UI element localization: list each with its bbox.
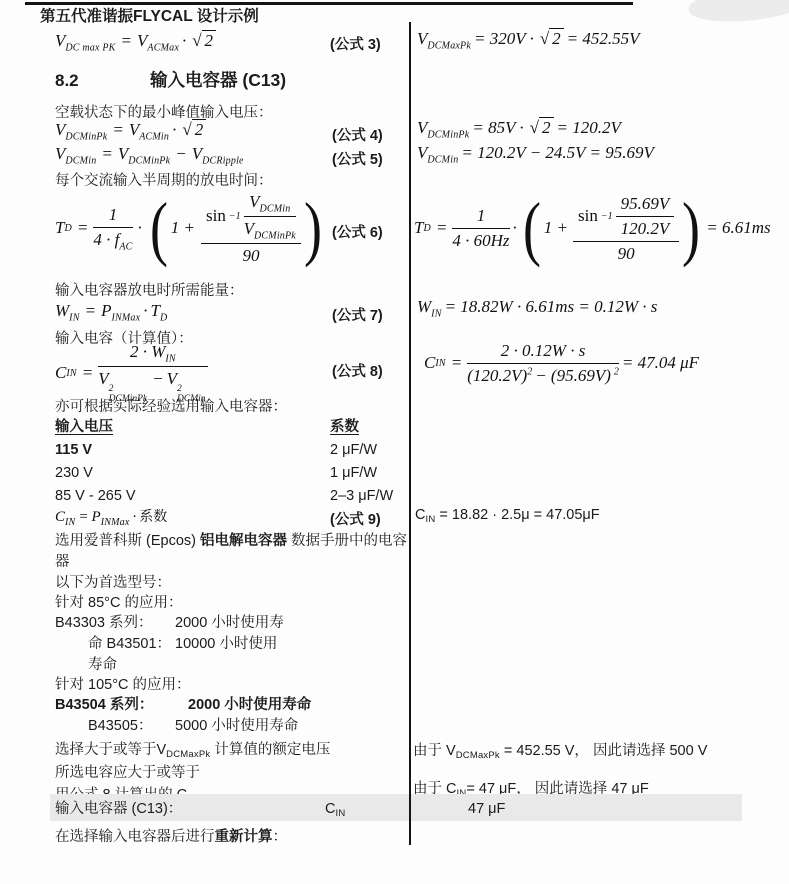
fraction-numerator: 2 · WIN bbox=[98, 341, 207, 367]
fraction: 14 · 60Hz bbox=[452, 205, 509, 251]
series-b43504-label: B43504 系列： bbox=[55, 696, 153, 716]
math-var: W bbox=[55, 301, 69, 320]
text: ： bbox=[273, 829, 288, 845]
formula-9-result: CIN = 18.82 · 2.5μ = 47.05μF bbox=[415, 506, 600, 527]
sqrt-sign: √ bbox=[192, 31, 201, 50]
series-b43501-cont: 寿命 bbox=[88, 656, 117, 676]
math-var: V bbox=[192, 144, 202, 163]
left-paren: ( bbox=[523, 196, 541, 261]
formula-4-tag: (公式 4) bbox=[332, 124, 383, 145]
column-divider bbox=[409, 22, 411, 845]
formula-6-left: TD = 14 · fAC · ( 1 + sin−1VDCMinVDCMinP… bbox=[55, 186, 325, 270]
math-sub: DCMaxPk bbox=[166, 749, 210, 760]
fraction-numerator: 1 bbox=[452, 205, 509, 229]
math-sub: DCMaxPk bbox=[456, 750, 500, 761]
math-var: C bbox=[424, 353, 435, 373]
formula-9-tag: (公式 9) bbox=[330, 508, 381, 529]
math-sub: ACMin bbox=[139, 131, 169, 142]
math-expr: = 320V · bbox=[474, 29, 534, 48]
note-voltage-selection: 由于 VDCMaxPk = 452.55 V， 因此请选择 500 V bbox=[413, 742, 707, 763]
sqrt-sign: √ bbox=[540, 29, 549, 48]
math-exponent: −1 bbox=[229, 211, 241, 222]
sqrt-radical: √2 bbox=[182, 120, 206, 139]
math-var: V bbox=[55, 31, 65, 50]
series-b43505-value: 5000 小时使用寿命 bbox=[175, 717, 298, 737]
fraction-numerator: sin−1VDCMinVDCMinPk bbox=[201, 190, 301, 245]
fraction-denominator: (120.2V)2− (95.69V)2 bbox=[467, 364, 619, 386]
sqrt-radical: √2 bbox=[540, 29, 564, 48]
formula-4-left: VDCMinPk=VACMin·√2 bbox=[55, 120, 206, 142]
para-select-voltage: 选择大于或等于VDCMaxPk 计算值的额定电压 bbox=[55, 741, 330, 762]
math-expr: = 85V · bbox=[472, 118, 523, 137]
sin-function: sin bbox=[206, 206, 226, 226]
math-op: = bbox=[112, 120, 123, 139]
right-paren: ) bbox=[682, 196, 700, 261]
table-row-coefficient: 1 μF/W bbox=[330, 464, 377, 484]
math-expr: 1 + bbox=[171, 218, 195, 238]
math-sub: IN bbox=[425, 514, 435, 525]
math-exponent: 2 bbox=[614, 366, 619, 377]
math-var: V bbox=[137, 31, 147, 50]
math-sub: D bbox=[64, 223, 71, 234]
fraction-denominator: 120.2V bbox=[616, 217, 675, 239]
formula-6-result: TD = 14 · 60Hz · ( 1 + sin−195.69V120.2V… bbox=[414, 186, 774, 270]
math-var: V bbox=[417, 29, 427, 48]
math-var: W bbox=[151, 342, 165, 361]
math-expr: − (95.69V) bbox=[535, 366, 611, 385]
fraction-denominator: 90 bbox=[201, 244, 301, 266]
document-page: 第五代准谐振FLYCAL 设计示例 VDC max PK=VACMax·√2 (… bbox=[0, 0, 789, 884]
series-b43501-value: 10000 小时使用 bbox=[175, 635, 277, 655]
math-sub: IN bbox=[65, 517, 75, 528]
math-var: W bbox=[417, 297, 431, 316]
fraction: 2 · 0.12W · s (120.2V)2− (95.69V)2 bbox=[467, 340, 619, 386]
math-op: = bbox=[451, 353, 462, 373]
table-header-coefficient: 系数 bbox=[330, 418, 359, 438]
radicand: 2 bbox=[192, 119, 207, 139]
math-sub: DCMinPk bbox=[254, 230, 296, 241]
math-sub: IN bbox=[69, 312, 79, 323]
formula-5-result: VDCMin= 120.2V − 24.5V = 95.69V bbox=[417, 143, 657, 165]
table-row-coefficient: 2 μF/W bbox=[330, 441, 377, 461]
formula-8-result: CIN = 2 · 0.12W · s (120.2V)2− (95.69V)2… bbox=[424, 336, 702, 390]
math-op: = bbox=[85, 301, 96, 320]
math-expr: (120.2V) bbox=[467, 366, 527, 385]
scan-artifact bbox=[686, 0, 789, 28]
fraction-numerator: VDCMin bbox=[244, 191, 296, 217]
series-b43303-label: B43303 系列： bbox=[55, 614, 153, 634]
math-sub: IN bbox=[431, 308, 441, 319]
fraction-denominator: VDCMinPk bbox=[244, 217, 296, 241]
selected-capacitor-label: 输入电容器 (C13)： bbox=[55, 800, 182, 820]
sqrt-sign: √ bbox=[182, 120, 191, 139]
formula-4-result: VDCMinPk= 85V ·√2= 120.2V bbox=[417, 118, 624, 140]
math-expr: 1 + bbox=[544, 218, 568, 238]
series-b43505-label: B43505： bbox=[88, 717, 153, 737]
para-preferred: 以下为首选型号： bbox=[55, 574, 171, 594]
selected-capacitor-symbol: CIN bbox=[325, 800, 345, 821]
para-select-cap-1: 所选电容应大于或等于 bbox=[55, 764, 200, 784]
selected-capacitor-value: 47 μF bbox=[468, 800, 505, 820]
math-var: V bbox=[55, 120, 65, 139]
math-var: P bbox=[101, 301, 111, 320]
math-var: V bbox=[244, 219, 254, 238]
math-exponent: 2 bbox=[527, 366, 532, 377]
math-sub: ACMax bbox=[147, 42, 179, 53]
math-var: V bbox=[167, 369, 177, 388]
math-var: V bbox=[55, 144, 65, 163]
table-header-input-voltage: 输入电压 bbox=[55, 418, 113, 438]
math-sub: DCMinPk bbox=[65, 131, 107, 142]
para-epcos: 选用爱普科斯 (Epcos) 铝电解电容器 数据手册中的电容器 bbox=[55, 531, 419, 573]
text: 选择大于或等于V bbox=[55, 742, 166, 758]
series-b43504-value: 2000 小时使用寿命 bbox=[188, 696, 311, 716]
math-sub: D bbox=[160, 312, 167, 323]
left-paren: ( bbox=[150, 196, 168, 261]
section-title: 输入电容器 (C13) bbox=[150, 69, 286, 93]
fraction: VDCMinVDCMinPk bbox=[244, 191, 296, 242]
para-practical: 亦可根据实际经验选用输入电容器： bbox=[55, 398, 287, 418]
formula-9-left: CIN=PINMax·系数 bbox=[55, 506, 167, 528]
radicand: 2 bbox=[202, 30, 217, 50]
fraction-numerator: 95.69V bbox=[616, 193, 675, 217]
math-result: = 452.55V bbox=[567, 29, 640, 48]
math-sub: DCMinPk bbox=[128, 155, 170, 166]
math-var: V bbox=[129, 120, 139, 139]
math-op: · bbox=[182, 31, 186, 50]
formula-7-left: WIN=PINMax·TD bbox=[55, 301, 167, 323]
para-energy: 输入电容器放电时所需能量： bbox=[55, 282, 244, 302]
recalculate-bold-text: 重新计算 bbox=[215, 829, 273, 845]
math-sub: IN bbox=[165, 353, 175, 364]
math-result: = 47.04 μF bbox=[622, 353, 699, 373]
math-sub: DC max PK bbox=[65, 42, 115, 53]
math-sub: DCMinPk bbox=[427, 129, 469, 140]
para-for-85c: 针对 85°C 的应用： bbox=[55, 594, 182, 614]
math-var: T bbox=[150, 301, 159, 320]
math-var: V bbox=[98, 369, 108, 388]
fraction: sin−1VDCMinVDCMinPk 90 bbox=[201, 190, 301, 267]
math-op: · bbox=[133, 509, 137, 525]
math-sub: IN bbox=[335, 808, 345, 819]
radicand: 2 bbox=[549, 28, 564, 48]
math-result: = 18.82 · 2.5μ = 47.05μF bbox=[439, 507, 599, 523]
math-sub: DCMaxPk bbox=[427, 40, 471, 51]
formula-8-tag: (公式 8) bbox=[332, 360, 383, 381]
math-var: C bbox=[325, 801, 335, 817]
text: 计算值的额定电压 bbox=[210, 742, 330, 758]
math-var: C bbox=[415, 507, 425, 523]
formula-3-result: VDCMaxPk= 320V ·√2= 452.55V bbox=[417, 29, 643, 51]
math-result: = 120.2V − 24.5V = 95.69V bbox=[461, 143, 653, 162]
math-sub: DCMin bbox=[427, 154, 458, 165]
table-row-voltage: 85 V - 265 V bbox=[55, 487, 136, 507]
section-number: 8.2 bbox=[55, 70, 79, 93]
math-op: · bbox=[138, 218, 142, 238]
math-sub: INMax bbox=[111, 312, 140, 323]
fraction: sin−195.69V120.2V 90 bbox=[573, 192, 679, 264]
para-for-105c: 针对 105°C 的应用： bbox=[55, 676, 191, 696]
formula-7-tag: (公式 7) bbox=[332, 304, 383, 325]
fraction-numerator: 2 · 0.12W · s bbox=[467, 340, 619, 364]
math-result: = 18.82W · 6.61ms = 0.12W · s bbox=[445, 297, 658, 316]
math-op: · bbox=[172, 120, 176, 139]
fraction: 2 · WIN V2DCMinPk−V2DCMin bbox=[98, 341, 207, 405]
math-op: − bbox=[152, 369, 163, 388]
fraction-numerator: 1 bbox=[93, 204, 132, 228]
text: 在选择输入电容器后进行 bbox=[55, 829, 215, 845]
math-expr: 2 · bbox=[130, 342, 147, 361]
math-sub: DCRipple bbox=[202, 155, 244, 166]
math-var: C bbox=[55, 509, 65, 525]
table-row-coefficient: 2–3 μF/W bbox=[330, 487, 393, 507]
radicand: 2 bbox=[539, 117, 554, 137]
top-rule bbox=[25, 2, 633, 5]
math-sub: IN bbox=[66, 368, 76, 379]
math-op: = bbox=[78, 509, 88, 525]
fraction-denominator: 4 · 60Hz bbox=[452, 229, 509, 251]
math-op: = bbox=[436, 218, 447, 238]
formula-6-tag: (公式 6) bbox=[332, 221, 383, 242]
para-recalculate: 在选择输入电容器后进行重新计算： bbox=[55, 828, 287, 848]
fraction-numerator: sin−195.69V120.2V bbox=[573, 192, 679, 242]
math-sub: AC bbox=[119, 241, 132, 252]
math-var: V bbox=[118, 144, 128, 163]
epcos-bold-text: 铝电解电容器 bbox=[200, 533, 287, 549]
fraction-denominator: 4 · fAC bbox=[93, 228, 132, 252]
text: 由于 V bbox=[413, 743, 456, 759]
math-result: = 6.61ms bbox=[706, 218, 770, 238]
text: = 452.55 V， 因此请选择 500 V bbox=[500, 743, 708, 759]
math-var: V bbox=[249, 192, 259, 211]
fraction-denominator: 90 bbox=[573, 242, 679, 264]
math-sub: INMax bbox=[101, 517, 130, 528]
math-op: = bbox=[121, 31, 132, 50]
math-op: − bbox=[175, 144, 186, 163]
series-b43303-value: 2000 小时使用寿 bbox=[175, 614, 284, 634]
table-row-voltage: 115 V bbox=[55, 441, 92, 461]
sqrt-radical: √2 bbox=[192, 31, 216, 50]
table-row-voltage: 230 V bbox=[55, 464, 93, 484]
math-sub: D bbox=[423, 223, 430, 234]
math-op: · bbox=[143, 301, 147, 320]
series-b43501-label: 命 B43501： bbox=[88, 635, 171, 655]
formula-5-left: VDCMin=VDCMinPk−VDCRipple bbox=[55, 144, 244, 166]
math-exponent: −1 bbox=[601, 211, 613, 222]
fraction: 95.69V120.2V bbox=[616, 193, 675, 239]
sin-function: sin bbox=[578, 206, 598, 226]
math-op: = bbox=[101, 144, 112, 163]
formula-8-left: CIN = 2 · WIN V2DCMinPk−V2DCMin bbox=[55, 346, 208, 400]
epcos-text: 选用爱普科斯 (Epcos) bbox=[55, 533, 200, 549]
math-op: = bbox=[77, 218, 88, 238]
sqrt-radical: √2 bbox=[530, 118, 554, 137]
math-var: C bbox=[55, 363, 66, 383]
coefficient-label: 系数 bbox=[139, 508, 167, 524]
math-expr: 4 · bbox=[93, 230, 110, 249]
math-sub: DCMin bbox=[65, 155, 96, 166]
math-var: V bbox=[417, 143, 427, 162]
sqrt-sign: √ bbox=[530, 118, 539, 137]
math-sub: DCMin bbox=[259, 203, 290, 214]
page-title: 第五代准谐振FLYCAL 设计示例 bbox=[40, 7, 259, 28]
formula-5-tag: (公式 5) bbox=[332, 148, 383, 169]
formula-3-left: VDC max PK=VACMax·√2 bbox=[55, 31, 216, 53]
right-paren: ) bbox=[304, 196, 322, 261]
fraction: 14 · fAC bbox=[93, 204, 132, 252]
math-var: V bbox=[417, 118, 427, 137]
formula-3-tag: (公式 3) bbox=[330, 33, 381, 54]
math-sub: IN bbox=[435, 358, 445, 369]
math-var: P bbox=[92, 509, 101, 525]
math-op: = bbox=[82, 363, 93, 383]
math-op: · bbox=[513, 218, 517, 238]
formula-7-result: WIN= 18.82W · 6.61ms = 0.12W · s bbox=[417, 297, 660, 319]
math-result: = 120.2V bbox=[557, 118, 621, 137]
